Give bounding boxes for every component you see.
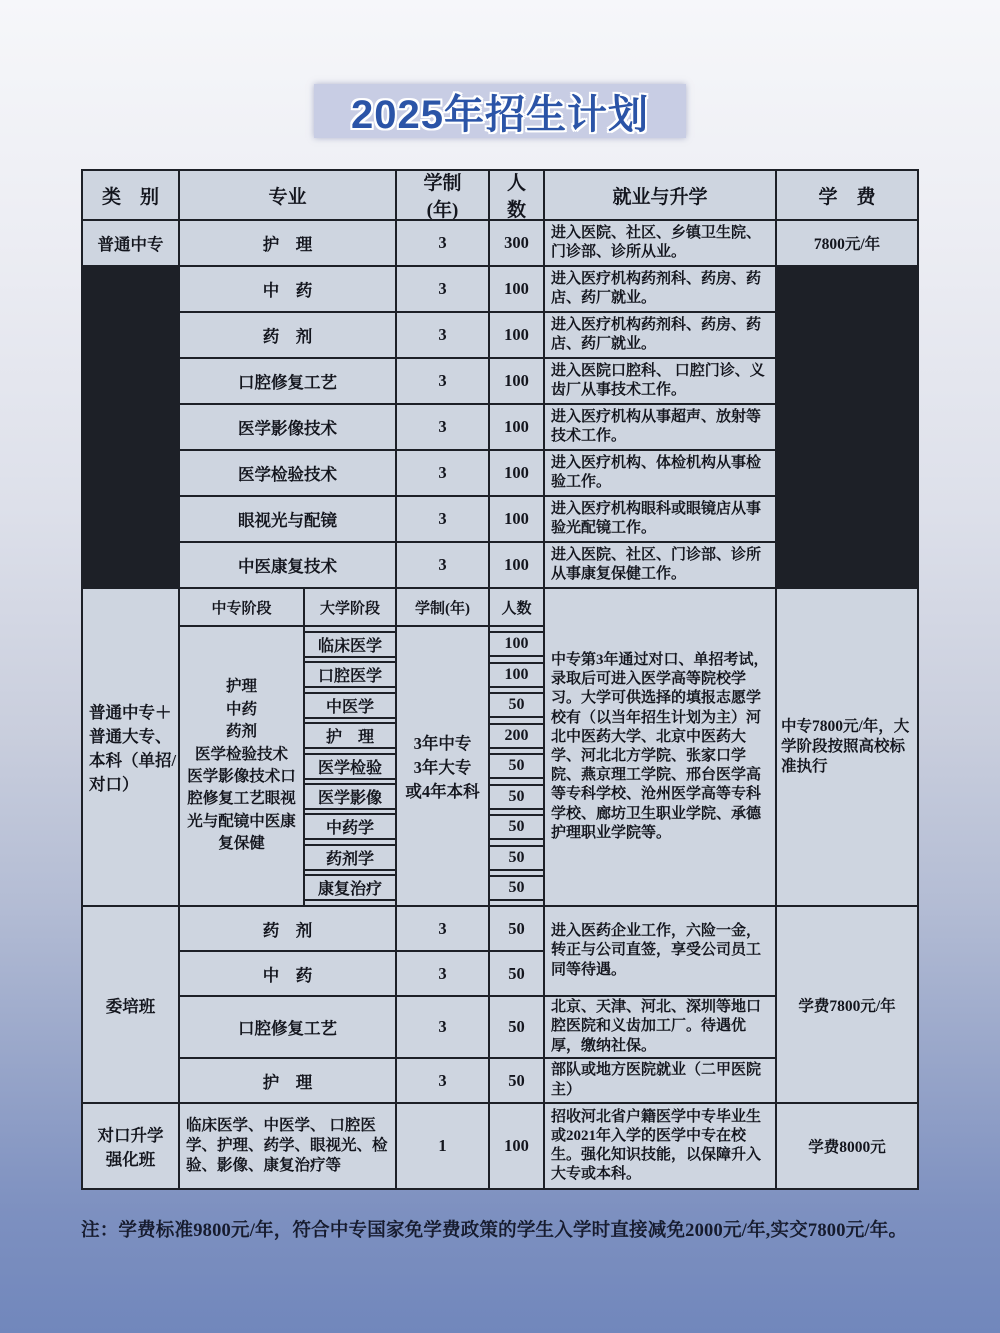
duration-cell: 3 [397,1059,488,1102]
category-cell: 委培班 [83,907,178,1102]
count-cell: 100 [490,543,543,587]
major-cell: 医学检验技术 [180,451,395,495]
count-cell: 100 [490,497,543,541]
employment-cell: 进入医疗机构从事超声、放射等技术工作。 [545,405,775,449]
count-cell: 50 [490,952,543,995]
tuition-note: 注：学费标准9800元/年，符合中专国家免学费政策的学生入学时直接减免2000元… [81,1216,919,1242]
employment-cell: 中专第3年通过对口、单招考试，录取后可进入医学高等院校学习。大学可供选择的填报志… [545,589,775,905]
count-cell: 100 [490,405,543,449]
count-cell: 100 [490,359,543,403]
subheader-stage2: 大学阶段 [305,589,395,625]
major-cell: 口腔修复工艺 [180,997,395,1057]
employment-cell: 进入医院、社区、门诊部、诊所从事康复保健工作。 [545,543,775,587]
employment-cell: 进入医疗机构眼科或眼镜店从事验光配镜工作。 [545,497,775,541]
count-cell: 100 [490,1104,543,1188]
major-cell: 口腔修复工艺 [180,359,395,403]
count-box: 50 [490,784,543,810]
major-cell: 中医康复技术 [180,543,395,587]
section-secondary-plus-college: 普通中专＋ 普通大专、 本科（单招/ 对口） 中专阶段 大学阶段 学制(年) 人… [83,589,917,905]
category-cell: 普通中专＋ 普通大专、 本科（单招/ 对口） [83,589,178,905]
duration-cell: 3 [397,997,488,1057]
count-box: 100 [490,631,543,657]
col-header-employment: 就业与升学 [545,171,775,219]
employment-cell: 进入医院、社区、乡镇卫生院、门诊部、诊所从业。 [545,221,775,265]
subheader-count: 人数 [490,589,543,625]
count-cell: 100 [490,313,543,357]
stage2-major: 医学检验 [305,753,395,780]
category-cell: 普通中专 [83,221,178,265]
employment-cell: 北京、天津、河北、深圳等地口腔医院和义齿加工厂。待遇优厚，缴纳社保。 [545,997,775,1057]
count-cell: 300 [490,221,543,265]
major-cell: 中 药 [180,267,395,311]
stage1-majors-cell: 护理 中药 药剂 医学检验技术 医学影像技术口腔修复工艺眼视光与配镜中医康复保健 [180,627,303,905]
count-box: 50 [490,875,543,901]
count-cell: 50 [490,1059,543,1102]
tuition-cell: 学费8000元 [777,1104,917,1188]
major-cell: 临床医学、中医学、 口腔医学、护理、药学、眼视光、检验、影像、康复治疗等 [180,1104,395,1188]
col-header-major: 专业 [180,171,395,219]
enrollment-table: 类 别 专业 学制 (年) 人 数 就业与升学 学 费 普通中专 护 理 3 3… [81,169,919,1190]
duration-cell: 3 [397,497,488,541]
tuition-cell: 7800元/年 [777,221,917,265]
stage2-major: 护 理 [305,722,395,749]
duration-cell: 3 [397,221,488,265]
stage2-majors-column: 临床医学 口腔医学 中医学 护 理 医学检验 医学影像 中药学 药剂学 康复治疗 [305,627,395,905]
stage2-major: 口腔医学 [305,661,395,688]
stage2-major: 中药学 [305,813,395,840]
employment-cell: 招收河北省户籍医学中专毕业生或2021年入学的医学中专在校生。强化知识技能，以保… [545,1104,775,1188]
col-header-category: 类 别 [83,171,178,219]
major-cell: 药 剂 [180,907,395,950]
stage2-major: 医学影像 [305,783,395,810]
duration-cell: 3 [397,405,488,449]
employment-cell: 进入医疗机构药剂科、药房、药店、药厂就业。 [545,267,775,311]
duration-cell: 1 [397,1104,488,1188]
count-box: 50 [490,814,543,840]
page-title: 2025年招生计划 [351,83,649,140]
subheader-duration: 学制(年) [397,589,488,625]
col-header-tuition: 学 费 [777,171,917,219]
counts-column: 100 100 50 200 50 50 50 50 50 [490,627,543,905]
duration-cell: 3 [397,543,488,587]
section-exam-intensive: 对口升学 强化班 临床医学、中医学、 口腔医学、护理、药学、眼视光、检验、影像、… [83,1104,917,1188]
count-box: 200 [490,723,543,749]
major-cell: 护 理 [180,221,395,265]
employment-cell: 进入医院口腔科、 口腔门诊、义齿厂从事技术工作。 [545,359,775,403]
employment-cell: 进入医疗机构药剂科、药房、药店、药厂就业。 [545,313,775,357]
tuition-cell: 学费7800元/年 [777,907,917,1102]
duration-cell: 3 [397,313,488,357]
count-cell: 50 [490,907,543,950]
count-box: 100 [490,662,543,688]
section-regular-secondary: 普通中专 护 理 3 300 进入医院、社区、乡镇卫生院、门诊部、诊所从业。 中… [83,221,917,587]
section-commissioned-training: 委培班 药 剂 3 50 中 药 3 50 口腔修复工艺 3 50 护 理 3 … [83,907,917,1102]
duration-cell: 3 [397,907,488,950]
title-banner: 2025年招生计划 [314,84,686,138]
duration-cell: 3 [397,359,488,403]
subheader-stage1: 中专阶段 [180,589,303,625]
major-cell: 眼视光与配镜 [180,497,395,541]
duration-cell: 3 [397,451,488,495]
stage2-major: 康复治疗 [305,874,395,901]
category-cell: 对口升学 强化班 [83,1104,178,1188]
stage2-major: 中医学 [305,692,395,719]
header-row: 类 别 专业 学制 (年) 人 数 就业与升学 学 费 [83,171,917,219]
count-cell: 100 [490,451,543,495]
major-cell: 中 药 [180,952,395,995]
employment-cell: 部队或地方医院就业（二甲医院主） [545,1059,775,1102]
duration-cell: 3 [397,952,488,995]
col-header-count: 人 数 [490,171,543,219]
stage2-major: 临床医学 [305,631,395,658]
duration-cell: 3 [397,267,488,311]
major-cell: 医学影像技术 [180,405,395,449]
major-cell: 护 理 [180,1059,395,1102]
tuition-cell: 中专7800元/年，大学阶段按照高校标准执行 [777,589,917,905]
count-cell: 100 [490,267,543,311]
count-box: 50 [490,845,543,871]
col-header-duration: 学制 (年) [397,171,488,219]
duration-cell: 3年中专 3年大专 或4年本科 [397,627,488,905]
employment-cell: 进入医药企业工作，六险一金，转正与公司直签，享受公司员工同等待遇。 [545,907,775,995]
stage2-major: 药剂学 [305,844,395,871]
count-cell: 50 [490,997,543,1057]
major-cell: 药 剂 [180,313,395,357]
count-box: 50 [490,692,543,718]
employment-cell: 进入医疗机构、体检机构从事检验工作。 [545,451,775,495]
count-box: 50 [490,753,543,779]
